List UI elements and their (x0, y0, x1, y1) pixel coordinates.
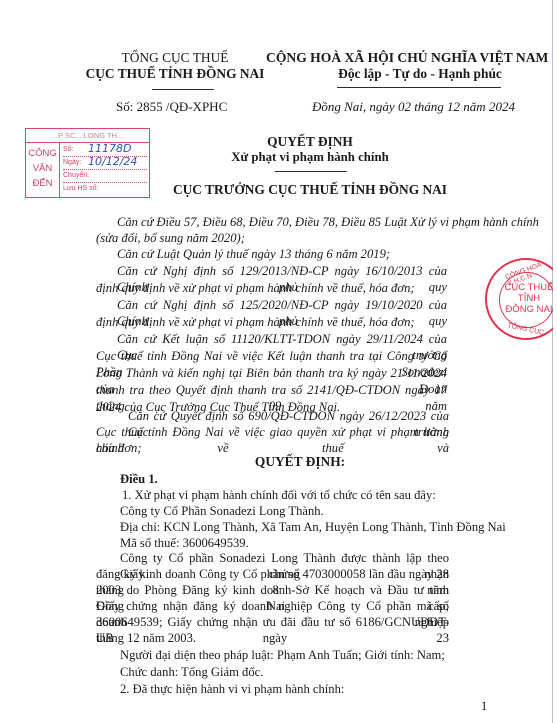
page-margin (553, 0, 557, 723)
stamp-row-label: Chuyển: (63, 172, 89, 179)
article-line: tháng 12 năm 2003. (96, 630, 196, 646)
stamp-label-line: VĂN (26, 161, 59, 176)
stamp-row-forward: Chuyển: (63, 169, 147, 183)
preamble-line: định quy định về xử phạt vi phạm hành ch… (96, 314, 415, 330)
stamp-row-label: Số: (63, 146, 74, 153)
seal-line: ĐỒNG NAI (497, 304, 557, 315)
page-number: 1 (481, 699, 487, 714)
article-line: Chức danh: Tổng Giám đốc. (120, 664, 263, 680)
article-line: 1. Xử phạt vi phạm hành chính đối với tổ… (122, 487, 436, 503)
motto-underline (337, 87, 501, 88)
stamp-label: CÔNG VĂN ĐẾN (26, 142, 60, 197)
place-date: Đồng Nai, ngày 02 tháng 12 năm 2024 (312, 99, 515, 115)
stamp-number-value: 11178D (88, 142, 131, 155)
stamp-date-value: 10/12/24 (88, 155, 137, 168)
stamp-row-label: Ngày: (63, 159, 81, 166)
article-line: Người đại diện theo pháp luật: Phạm Anh … (120, 647, 445, 663)
decision-subtitle: Xử phạt vi phạm hành chính (180, 150, 440, 165)
article-line: Mã số thuế: 3600649539. (120, 535, 249, 551)
title-underline (275, 171, 347, 172)
preamble-line: Căn cứ Luật Quản lý thuế ngày 13 tháng 6… (117, 246, 390, 262)
decision-title: QUYẾT ĐỊNH (180, 134, 440, 150)
authority-title: CỤC TRƯỞNG CỤC THUẾ TỈNH ĐỒNG NAI (150, 182, 470, 198)
incoming-document-stamp: ...P SC... LONG TH... CÔNG VĂN ĐẾN Số: 1… (25, 128, 150, 198)
seal-center-text: CỤC THUẾ TỈNH ĐỒNG NAI (497, 282, 557, 315)
seal-line: CỤC THUẾ (497, 282, 557, 293)
article-line: Địa chỉ: KCN Long Thành, Xã Tam An, Huyệ… (120, 519, 506, 535)
document-number: Số: 2855 /QĐ-XPHC (116, 99, 227, 115)
agency-name: CỤC THUẾ TỈNH ĐỒNG NAI (78, 66, 272, 82)
preamble-line: định quy định về xử phạt vi phạm hành ch… (96, 280, 415, 296)
stamp-row-label: Lưu HS số: (63, 185, 98, 192)
stamp-row-file: Lưu HS số: (63, 182, 147, 195)
agency-parent: TỔNG CỤC THUẾ (100, 50, 250, 66)
preamble-line: Cục thuế tỉnh Đồng Nai về việc giao quyề… (96, 424, 449, 456)
official-seal: CỘNG HOÀ X.H.C.N CỤC THUẾ TỈNH ĐỒNG NAI … (485, 258, 557, 340)
preamble-line: Căn cứ Điều 57, Điều 68, Điều 70, Điều 7… (117, 214, 450, 230)
stamp-label-line: ĐẾN (26, 176, 59, 191)
decision-heading: QUYẾT ĐỊNH: (200, 454, 400, 470)
stamp-label-line: CÔNG (26, 146, 59, 161)
nation-motto: Độc lập - Tự do - Hạnh phúc (300, 66, 540, 82)
article-heading: Điều 1. (120, 471, 158, 487)
article-line: Công ty Cổ Phần Sonadezi Long Thành. (120, 503, 324, 519)
article-line: 2. Đã thực hiện hành vi vi phạm hành chí… (120, 681, 344, 697)
stamp-header: ...P SC... LONG TH... (26, 129, 149, 143)
agency-underline (152, 89, 214, 90)
seal-line: TỈNH (497, 293, 557, 304)
nation-title: CỘNG HOÀ XÃ HỘI CHỦ NGHĨA VIỆT NAM (266, 50, 548, 66)
preamble-line: (sửa đổi, bổ sung năm 2020); (96, 230, 245, 246)
preamble-line: hóa đơn; (96, 440, 142, 456)
